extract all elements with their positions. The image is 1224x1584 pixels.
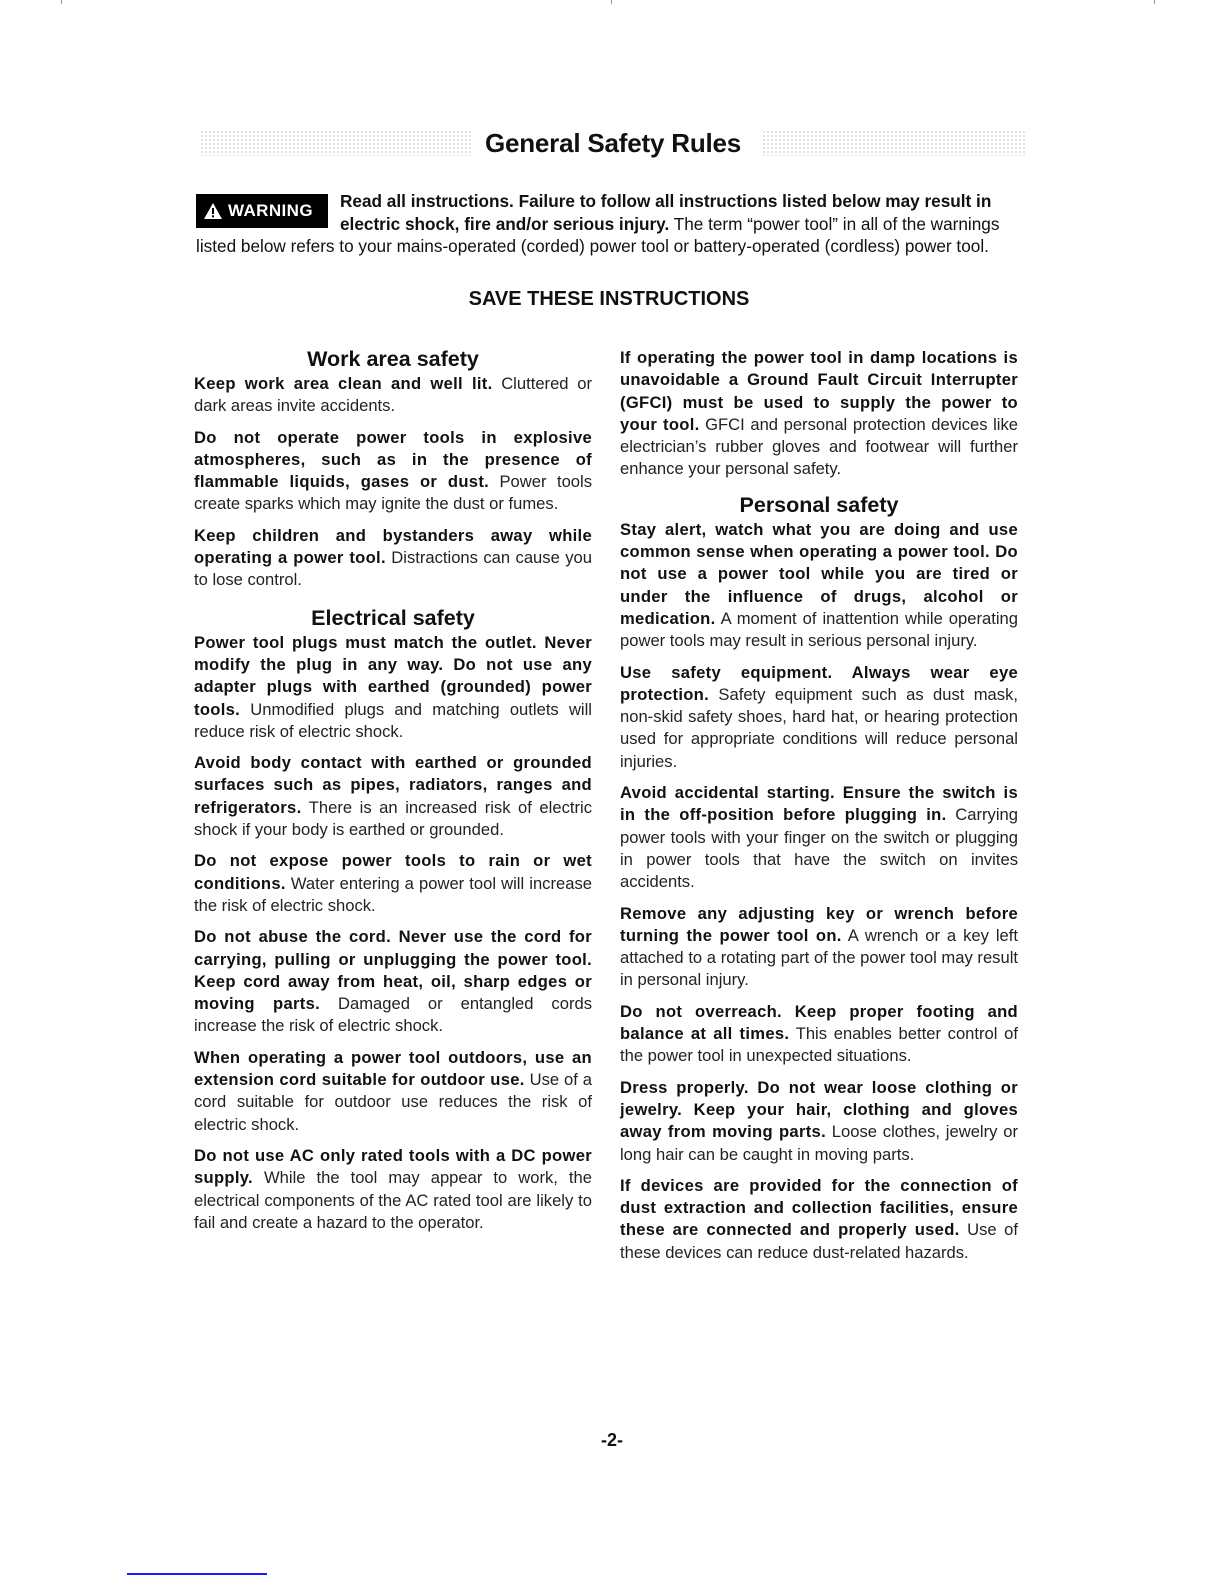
save-instructions-heading: SAVE THESE INSTRUCTIONS (196, 288, 1022, 311)
rule-item: Avoid accidental starting. Ensure the sw… (620, 782, 1018, 893)
rule-item: Do not expose power tools to rain or wet… (194, 850, 592, 917)
rule-text: While the tool may appear to work, the e… (194, 1168, 592, 1232)
rule-item: If operating the power tool in damp loca… (620, 347, 1018, 481)
rule-item: Do not use AC only rated tools with a DC… (194, 1145, 592, 1234)
rule-item: Use safety equipment. Always wear eye pr… (620, 662, 1018, 773)
section-heading-personal: Personal safety (620, 491, 1018, 519)
rule-item: If devices are provided for the connecti… (620, 1175, 1018, 1264)
rule-item: Do not abuse the cord. Never use the cor… (194, 926, 592, 1037)
warning-badge: WARNING (196, 194, 328, 228)
rule-item: Avoid body contact with earthed or groun… (194, 752, 592, 841)
rule-bold: If devices are provided for the connecti… (620, 1176, 1018, 1240)
rule-bold: Keep work area clean and well lit. (194, 374, 493, 393)
page-title: General Safety Rules (200, 128, 1026, 159)
rule-item: Remove any adjusting key or wrench befor… (620, 903, 1018, 992)
warning-block: WARNING Read all instructions. Failure t… (196, 190, 1022, 258)
rule-item: Do not overreach. Keep proper footing an… (620, 1001, 1018, 1068)
crop-mark-left (61, 0, 62, 4)
rule-item: Keep children and bystanders away while … (194, 525, 592, 592)
warning-triangle-icon (204, 203, 222, 219)
crop-mark-right (1154, 0, 1155, 4)
rule-item: Keep work area clean and well lit. Clutt… (194, 373, 592, 418)
page-number: -2- (0, 1430, 1224, 1451)
rule-item: Do not operate power tools in explosive … (194, 427, 592, 516)
left-column: Work area safety Keep work area clean an… (194, 345, 592, 1243)
rule-item: Dress properly. Do not wear loose clothi… (620, 1077, 1018, 1166)
section-heading-electrical: Electrical safety (194, 604, 592, 632)
right-column: If operating the power tool in damp loca… (620, 345, 1018, 1273)
footer-link-underline[interactable] (127, 1573, 267, 1575)
section-heading-work-area: Work area safety (194, 345, 592, 373)
page-title-bar: General Safety Rules (200, 124, 1026, 168)
rule-text: Unmodified plugs and matching outlets wi… (194, 700, 592, 741)
warning-badge-label: WARNING (228, 200, 313, 223)
rule-item: Power tool plugs must match the outlet. … (194, 632, 592, 743)
crop-mark-center (611, 0, 612, 4)
rule-item: Stay alert, watch what you are doing and… (620, 519, 1018, 653)
rule-item: When operating a power tool outdoors, us… (194, 1047, 592, 1136)
